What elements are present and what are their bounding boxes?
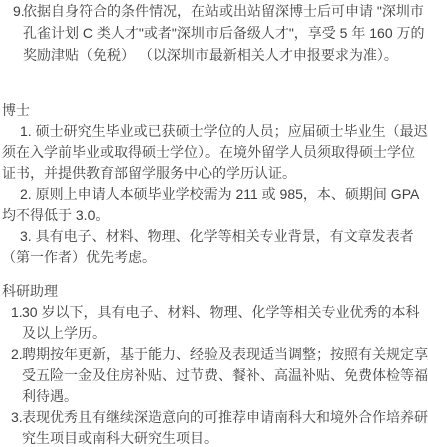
item-text: 依据自身符合的条件情况，在站或出站留深博士后可申请 "深圳市孔雀计划 C 类人才… [23,3,425,63]
list-item-text: 聘期按年更新，基于能力、经验及表现适当调整；按照有关规定享受五险一金及住房补贴、… [22,346,428,404]
item-number: 9. [13,0,25,22]
section-heading-research-assistant: 科研助理 [2,280,428,302]
list-item-text: 30 岁以下，具有电子、材料、物理、化学等相关专业优秀的本科及以上学历。 [22,304,419,341]
section-heading-phd: 博士 [2,99,428,121]
list-item-number: 1. [11,302,23,323]
list-item-number: 3. [11,407,23,428]
phd-requirement-3: 3. 具有电子、材料、物理、化学等相关专业背景，有文章发表者（第一作者）优先考虑… [2,226,428,268]
list-item-number: 2. [11,344,23,365]
assistant-requirements-list: 1.30 岁以下，具有电子、材料、物理、化学等相关专业优秀的本科及以上学历。 2… [0,302,428,447]
list-item-1: 1.30 岁以下，具有电子、材料、物理、化学等相关专业优秀的本科及以上学历。 [0,302,428,344]
phd-requirement-2: 2. 原则上申请人本硕毕业学校需为 211 或 985，本、硕期间 GPA 均不… [2,184,428,226]
list-item-2: 2.聘期按年更新，基于能力、经验及表现适当调整；按照有关规定享受五险一金及住房补… [0,344,428,407]
numbered-item-9: 9.依据自身符合的条件情况，在站或出站留深博士后可申请 "深圳市孔雀计划 C 类… [0,0,428,66]
phd-requirement-1: 1. 硕士研究生毕业或已获硕士学位的人员；应届硕士毕业生（最迟须在入学前毕业或取… [2,121,428,184]
list-item-3: 3.表现优秀且有继续深造意向的可推荐申请南科大和境外合作培养研究生项目或南科大研… [0,407,428,447]
list-item-text: 表现优秀且有继续深造意向的可推荐申请南科大和境外合作培养研究生项目或南科大研究生… [22,409,428,446]
document-page: 9.依据自身符合的条件情况，在站或出站留深博士后可申请 "深圳市孔雀计划 C 类… [0,0,428,447]
